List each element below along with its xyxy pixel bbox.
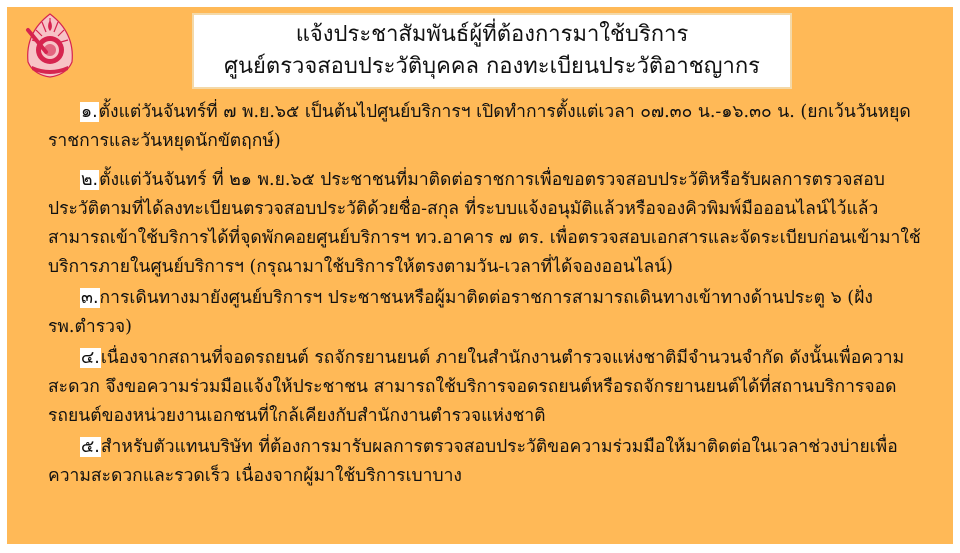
police-emblem-icon <box>22 12 78 80</box>
notice-number: ๒. <box>80 170 99 190</box>
notice-number: ๔. <box>80 348 101 368</box>
notice-list: ๑.ตั้งแต่วันจันทร์ที่ ๗ พ.ย.๖๕ เป็นต้นไป… <box>48 98 928 491</box>
page-title-line-2: ศูนย์ตรวจสอบประวัติบุคคล กองทะเบียนประวั… <box>194 51 790 83</box>
notice-text: สำหรับตัวแทนบริษัท ที่ต้องการมารับผลการต… <box>48 437 898 486</box>
notice-item-5: ๕.สำหรับตัวแทนบริษัท ที่ต้องการมารับผลกา… <box>48 433 928 491</box>
notice-item-3: ๓.การเดินทางมายังศูนย์บริการฯ ประชาชนหรื… <box>48 284 928 342</box>
police-emblem-logo <box>22 12 78 80</box>
notice-number: ๑. <box>80 102 99 122</box>
notice-text: เนื่องจากสถานที่จอดรถยนต์ รถจักรยานยนต์ … <box>48 348 904 426</box>
page-title-line-1: แจ้งประชาสัมพันธ์ผู้ที่ต้องการมาใช้บริกา… <box>194 19 790 51</box>
notice-number: ๕. <box>80 437 101 457</box>
notice-text: ตั้งแต่วันจันทร์ที่ ๗ พ.ย.๖๕ เป็นต้นไปศู… <box>48 102 911 151</box>
notice-text: ตั้งแต่วันจันทร์ ที่ ๒๑ พ.ย.๖๕ ประชาชนที… <box>48 170 921 277</box>
notice-text: การเดินทางมายังศูนย์บริการฯ ประชาชนหรือผ… <box>48 288 873 337</box>
title-box: แจ้งประชาสัมพันธ์ผู้ที่ต้องการมาใช้บริกา… <box>192 13 792 89</box>
notice-item-1: ๑.ตั้งแต่วันจันทร์ที่ ๗ พ.ย.๖๕ เป็นต้นไป… <box>48 98 928 156</box>
notice-item-4: ๔.เนื่องจากสถานที่จอดรถยนต์ รถจักรยานยนต… <box>48 344 928 431</box>
notice-item-2: ๒.ตั้งแต่วันจันทร์ ที่ ๒๑ พ.ย.๖๕ ประชาชน… <box>48 166 928 282</box>
notice-number: ๓. <box>80 288 100 308</box>
